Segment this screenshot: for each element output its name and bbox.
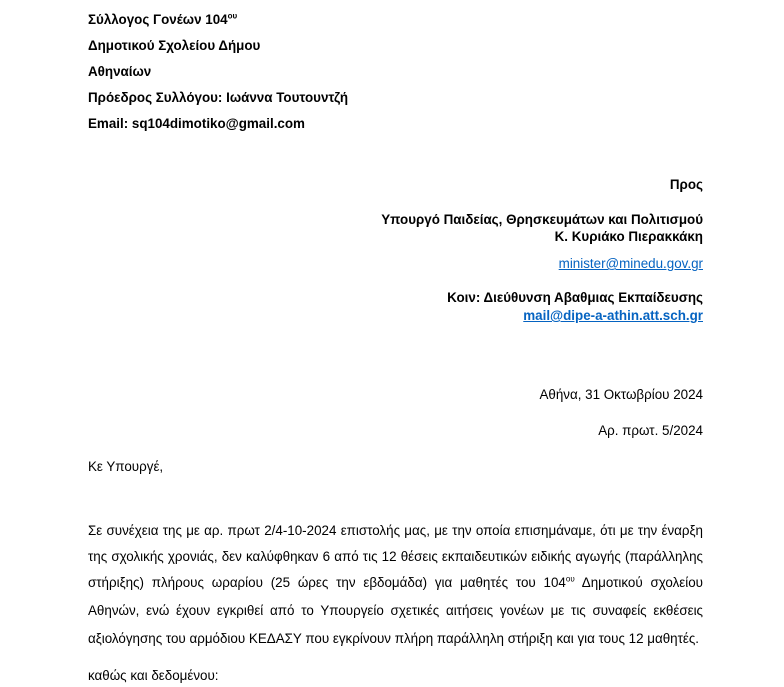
recipient-email-link[interactable]: minister@minedu.gov.gr xyxy=(559,256,703,271)
letter-page: Σύλλογος Γονέων 104ου Δημοτικού Σχολείου… xyxy=(0,0,784,687)
cc-recipient: Κοιν: Διεύθυνση Αβαθμιας Εκπαίδευσης xyxy=(447,289,703,307)
sender-president: Πρόεδρος Συλλόγου: Ιωάννα Τουτουντζή xyxy=(88,89,348,107)
body-line-2: της σχολικής χρονιάς, δεν καλύφθηκαν 6 α… xyxy=(88,548,703,566)
recipient-to-label: Προς xyxy=(670,176,703,194)
body-line-3-tail: Δημοτικού σχολείου xyxy=(575,575,703,590)
body-next-line: καθώς και δεδομένου: xyxy=(88,667,219,685)
ordinal-superscript: ου xyxy=(228,12,238,21)
sender-association: Σύλλογος Γονέων 104ου xyxy=(88,11,237,29)
protocol-number: Αρ. πρωτ. 5/2024 xyxy=(598,422,703,440)
sender-email: Email: sq104dimotiko@gmail.com xyxy=(88,115,305,133)
body-line-3: στήριξης) πλήρους ωραρίου (25 ώρες την ε… xyxy=(88,574,703,592)
association-name: Σύλλογος Γονέων 104 xyxy=(88,12,228,27)
ordinal-superscript: ου xyxy=(566,575,575,584)
sender-municipality: Αθηναίων xyxy=(88,63,151,81)
body-line-3-text: στήριξης) πλήρους ωραρίου (25 ώρες την ε… xyxy=(88,575,566,590)
recipient-title: Υπουργό Παιδείας, Θρησκευμάτων και Πολιτ… xyxy=(381,211,703,229)
cc-email-line: mail@dipe-a-athin.att.sch.gr xyxy=(523,307,703,325)
body-line-1: Σε συνέχεια της με αρ. πρωτ 2/4-10-2024 … xyxy=(88,522,703,540)
recipient-email-line: minister@minedu.gov.gr xyxy=(559,255,703,273)
sender-school: Δημοτικού Σχολείου Δήμου xyxy=(88,37,260,55)
body-line-5: αξιολόγησης του αρμόδιου ΚΕΔΑΣΥ που εγκρ… xyxy=(88,630,703,648)
salutation: Κε Υπουργέ, xyxy=(88,458,163,476)
body-line-4: Αθηνών, ενώ έχουν εγκριθεί από το Υπουργ… xyxy=(88,602,703,620)
cc-email-link[interactable]: mail@dipe-a-athin.att.sch.gr xyxy=(523,308,703,323)
place-date: Αθήνα, 31 Οκτωβρίου 2024 xyxy=(539,386,703,404)
recipient-name: Κ. Κυριάκο Πιερακκάκη xyxy=(555,228,703,246)
